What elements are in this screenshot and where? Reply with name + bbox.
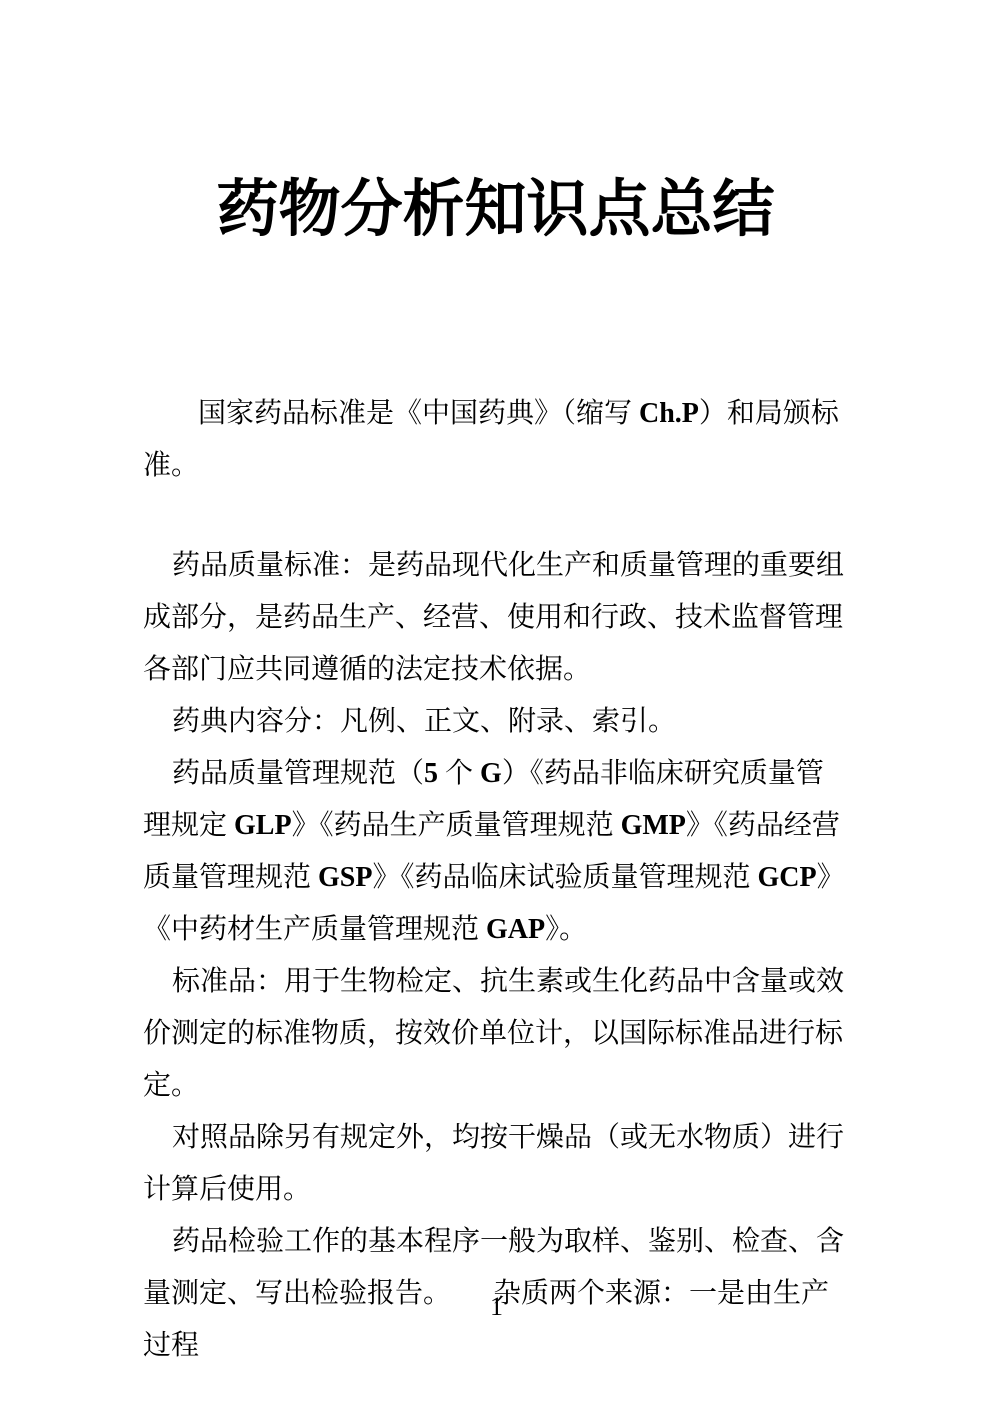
- text-segment-bold: GCP: [758, 862, 817, 893]
- text-segment-bold: GSP: [318, 862, 372, 893]
- document-body: 药品质量标准：是药品现代化生产和质量管理的重要组成部分，是药品生产、经营、使用和…: [143, 540, 848, 1372]
- paragraph-pharmacopoeia-contents: 药典内容分：凡例、正文、附录、索引。: [143, 696, 848, 748]
- text-segment-bold: Ch.P: [639, 398, 699, 429]
- text-segment: 药品质量标准：是药品现代化生产和质量管理的重要组成部分，是药品生产、经营、使用和…: [143, 550, 844, 685]
- text-segment: 》《药品生产质量管理规范: [292, 810, 621, 841]
- document-title: 药物分析知识点总结: [143, 0, 848, 250]
- paragraph-reference-substance: 对照品除另有规定外，均按干燥品（或无水物质）进行计算后使用。: [143, 1112, 848, 1216]
- text-segment: 国家药品标准是《中国药典》（缩写: [198, 398, 639, 429]
- text-segment-bold: GMP: [621, 810, 686, 841]
- text-segment: 个: [438, 758, 480, 789]
- paragraph-reference-standard: 标准品：用于生物检定、抗生素或生化药品中含量或效价测定的标准物质，按效价单位计，…: [143, 956, 848, 1112]
- text-segment-bold: GAP: [486, 914, 545, 945]
- text-segment: 对照品除另有规定外，均按干燥品（或无水物质）进行计算后使用。: [143, 1122, 844, 1205]
- text-segment-bold: G: [480, 758, 502, 789]
- paragraph-national-standard: 国家药品标准是《中国药典》（缩写 Ch.P）和局颁标准。: [143, 388, 848, 492]
- page-number: 1: [0, 1292, 993, 1322]
- document-page: 药物分析知识点总结 国家药品标准是《中国药典》（缩写 Ch.P）和局颁标准。 药…: [0, 0, 993, 1404]
- paragraph-gxp-standards: 药品质量管理规范（5 个 G）《药品非临床研究质量管理规定 GLP》《药品生产质…: [143, 748, 848, 956]
- text-segment-bold: GLP: [234, 810, 292, 841]
- text-segment: 标准品：用于生物检定、抗生素或生化药品中含量或效价测定的标准物质，按效价单位计，…: [143, 966, 844, 1101]
- text-segment: 药典内容分：凡例、正文、附录、索引。: [172, 706, 676, 737]
- text-segment: 》《药品临床试验质量管理规范: [372, 862, 757, 893]
- text-segment-bold: 5: [424, 758, 438, 789]
- text-segment: 》。: [545, 914, 587, 945]
- paragraph-quality-standard: 药品质量标准：是药品现代化生产和质量管理的重要组成部分，是药品生产、经营、使用和…: [143, 540, 848, 696]
- text-segment: 药品质量管理规范（: [172, 758, 424, 789]
